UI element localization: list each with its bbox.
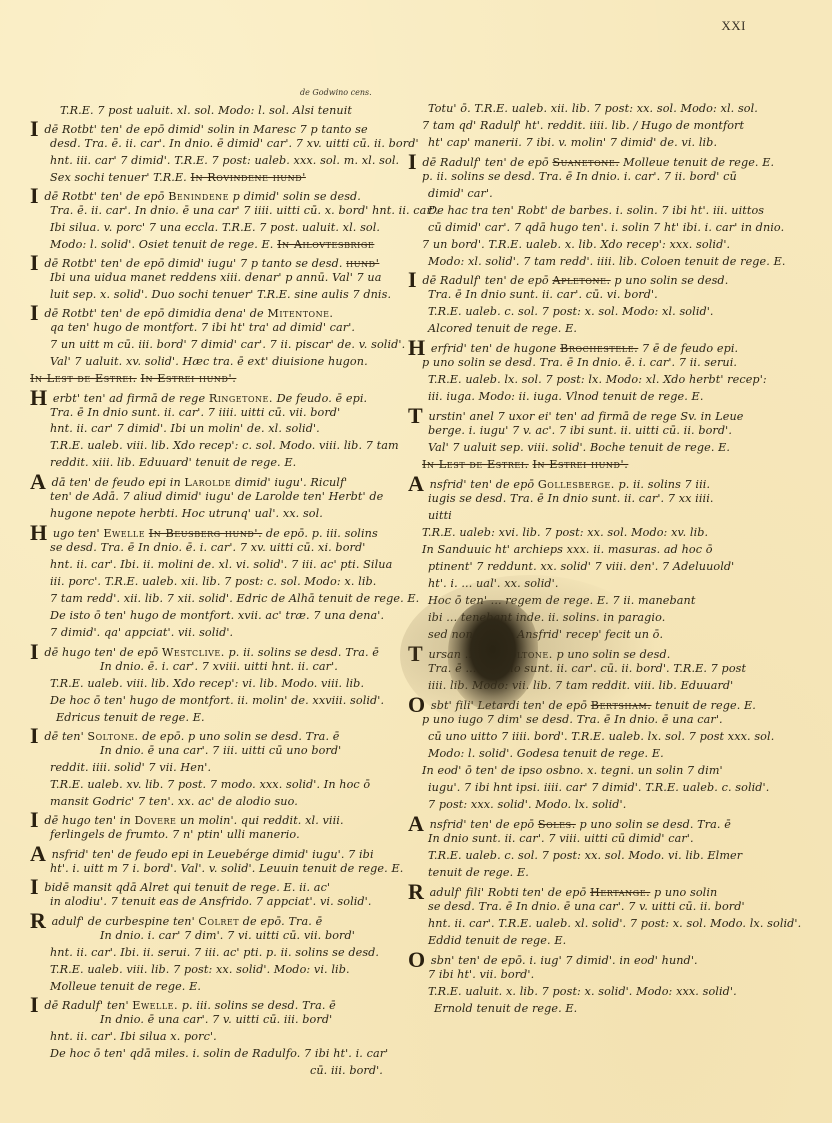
line-text: De isto ō ten' hugo de montfort. xvii. a… [50, 609, 384, 622]
line-text-continued: p uno solin se desd. [614, 274, 728, 287]
line-text: T.R.E. ualeb. c. sol. 7 post: x. sol. Mo… [428, 305, 714, 318]
line-text: reddit. xiii. lib. Eduuard' tenuit de re… [50, 456, 296, 469]
manuscript-line: Alcored tenuit de rege. E. [428, 322, 577, 336]
line-text: dē hugo ten' in [44, 814, 130, 827]
decorated-initial: H [408, 339, 425, 357]
manuscript-line: De hoc ō ten' qdā miles. i. solin de Rad… [50, 1047, 388, 1061]
manuscript-line: T.R.E. 7 post ualuit. xl. sol. Modo: l. … [60, 104, 352, 118]
line-text: se desd. Tra. ē In dnio. ē. i. car'. 7 x… [50, 541, 365, 554]
place-name: Gollesberge. [538, 478, 615, 491]
manuscript-line: T.R.E. ualeb. c. sol. 7 post: x. sol. Mo… [428, 305, 714, 319]
manuscript-line: p. ii. solins se desd. Tra. ē In dnio. i… [422, 170, 737, 184]
line-text: T.R.E. 7 post ualuit. xl. sol. Modo: l. … [60, 104, 352, 117]
line-text: p uno solin se desd. Tra. ē In dnio. ē. … [422, 356, 737, 369]
interlinear-note: de Godwino cens. [300, 88, 372, 97]
manuscript-line: In dnio. ē. i. car'. 7 xviii. uitti hnt.… [100, 660, 338, 674]
place-name: Larolde [184, 476, 231, 489]
decorated-initial: A [408, 815, 424, 833]
decorated-initial: I [30, 643, 39, 661]
line-text: hnt. ii. car'. Ibi silua x. porc'. [50, 1030, 217, 1043]
manuscript-line: 7 ibi ht'. vii. bord'. [428, 968, 534, 982]
line-text-continued: de epō. p. iii. solins [266, 527, 378, 540]
place-name: Benindene [168, 190, 229, 203]
manuscript-line: Eddid tenuit de rege. E. [428, 934, 566, 948]
line-text: T.R.E. ualeb. lx. sol. 7 post: lx. Modo:… [428, 373, 767, 386]
line-text-continued: p uno solin se desd. Tra. ē [580, 818, 731, 831]
manuscript-line: I dē Radulf' ten' de epō Apletone. p uno… [408, 271, 728, 289]
line-text: 7 post: xxx. solid'. Modo. lx. solid'. [428, 798, 626, 811]
line-text-continued: p uno solin [654, 886, 717, 899]
line-text: dē Radulf' ten' [44, 999, 128, 1012]
manuscript-line: p uno solin se desd. Tra. ē In dnio. ē. … [422, 356, 737, 370]
decorated-initial: I [30, 304, 39, 322]
rubric-heading: Suanetone. [552, 156, 619, 169]
manuscript-line: 7 post: xxx. solid'. Modo. lx. solid'. [428, 798, 626, 812]
line-text: In dnio sunt. ii. car'. 7 viii. uitti cū… [428, 832, 694, 845]
manuscript-line: se desd. Tra. ē In dnio. ē. i. car'. 7 x… [50, 541, 365, 555]
manuscript-line: H erfrid' ten' de hugone Brochestele. 7 … [408, 339, 738, 357]
manuscript-line: iugis se desd. Tra. ē In dnio sunt. ii. … [428, 492, 714, 506]
manuscript-line: iugu'. 7 ibi hnt ipsi. iiii. car' 7 dimi… [428, 781, 769, 795]
decorated-initial: H [30, 524, 47, 542]
manuscript-line: I dē Rotbt' ten' de epō dimid' iugu' 7 p… [30, 254, 379, 272]
line-text: In dnio. ē. i. car'. 7 xviii. uitti hnt.… [100, 660, 338, 673]
line-text: T.R.E. ualeb: xvi. lib. 7 post: xx. sol.… [422, 526, 708, 539]
line-text: hugone nepote herbti. Hoc utrunq' ual'. … [50, 507, 323, 520]
manuscript-line: reddit. xiii. lib. Eduuard' tenuit de re… [50, 456, 296, 470]
manuscript-line: ferlingels de frumto. 7 n' ptin' ulli ma… [50, 828, 300, 842]
manuscript-line: 7 tam redd'. xii. lib. 7 xii. solid'. Ed… [50, 592, 419, 606]
line-text: erfrid' ten' de hugone [431, 342, 556, 355]
manuscript-line: iii. porc'. T.R.E. ualeb. xii. lib. 7 po… [50, 575, 376, 589]
decorated-initial: I [30, 254, 39, 272]
decorated-initial: O [408, 951, 425, 969]
place-name: Westclive. [162, 646, 225, 659]
manuscript-line: Modo: xl. solid'. 7 tam redd'. iiii. lib… [428, 255, 786, 269]
manuscript-line: hnt. ii. car'. T.R.E. ualeb. xl. solid'.… [428, 917, 801, 931]
manuscript-line: cū dimid' car'. 7 qdā hugo ten'. i. soli… [428, 221, 784, 235]
line-text: iii. porc'. T.R.E. ualeb. xii. lib. 7 po… [50, 575, 376, 588]
line-text: iii. iuga. Modo: ii. iuga. Vlnod tenuit … [428, 390, 703, 403]
line-text: in alodiu'. 7 tenuit eas de Ansfrido. 7 … [50, 895, 372, 908]
manuscript-line: I bidē mansit qdā Alret qui tenuit de re… [30, 878, 330, 896]
line-text: In dnio. ē una car'. 7 v. uitti cū. iii.… [100, 1013, 332, 1026]
manuscript-line: ptinent' 7 reddunt. xx. solid' 7 viii. d… [428, 560, 734, 574]
line-text-continued: 7 ē de feudo epi. [642, 342, 738, 355]
manuscript-line: Val' 7 ualuit sep. viii. solid'. Boche t… [428, 441, 730, 455]
manuscript-line: qa ten' hugo de montfort. 7 ibi ht' tra'… [50, 321, 355, 335]
line-text-continued: p. iii. solins se desd. Tra. ē [182, 999, 336, 1012]
manuscript-line: berge. i. iugu' 7 v. ac'. 7 ibi sunt. ii… [428, 424, 732, 438]
line-text-continued: un molin'. qui reddit. xl. viii. [180, 814, 344, 827]
manuscript-line: ht' cap' manerii. 7 ibi. v. molin' 7 dim… [428, 136, 717, 150]
decorated-initial: I [408, 271, 417, 289]
line-text: adulf' de curbespine ten' [52, 915, 195, 928]
manuscript-line: T.R.E. ualeb: xvi. lib. 7 post: xx. sol.… [422, 526, 708, 540]
rubric-heading: In Rovindene hund' [191, 171, 306, 184]
line-text: Ibi una uidua manet reddens xiii. denar'… [50, 271, 382, 284]
rubric-heading: In Estrei hund'. [140, 372, 236, 385]
rubric-heading: Brochestele. [560, 342, 638, 355]
rubric-heading: In Ailovtesbrige [277, 238, 374, 251]
manuscript-line: 7 dimid'. qa' appciat'. vii. solid'. [50, 626, 233, 640]
line-text: reddit. iiii. solid' 7 vii. Hen'. [50, 761, 211, 774]
line-text-continued: de epō. Tra. ē [243, 915, 323, 928]
manuscript-line: hnt. iii. car' 7 dimid'. T.R.E. 7 post: … [50, 154, 399, 168]
manuscript-line: T.R.E. ualeb. viii. lib. Xdo recep': c. … [50, 439, 399, 453]
manuscript-line: Tra. ē. ii. car'. In dnio. ē una car' 7 … [50, 204, 439, 218]
manuscript-line: I dē hugo ten' de epō Westclive. p. ii. … [30, 643, 379, 661]
manuscript-line: se desd. Tra. ē In dnio. ē una car'. 7 v… [428, 900, 745, 914]
manuscript-line: De hac tra ten' Robt' de barbes. i. soli… [428, 204, 764, 218]
manuscript-line: R adulf' de curbespine ten' Colret de ep… [30, 912, 322, 930]
decorated-initial: I [30, 811, 39, 829]
line-text-continued: tenuit de rege. E. [655, 699, 756, 712]
line-text: Molleue tenuit de rege. E. [50, 980, 201, 993]
manuscript-line: Totu' ō. T.R.E. ualeb. xii. lib. 7 post:… [428, 102, 758, 116]
manuscript-line: hugone nepote herbti. Hoc utrunq' ual'. … [50, 507, 323, 521]
line-text: hnt. ii. car'. Ibi. ii. molini de. xl. v… [50, 558, 392, 571]
manuscript-line: cū. iii. bord'. [310, 1064, 383, 1078]
manuscript-line: reddit. iiii. solid' 7 vii. Hen'. [50, 761, 211, 775]
decorated-initial: I [408, 153, 417, 171]
manuscript-line: I dē Rotbt' ten' de epō dimidia dena' de… [30, 304, 334, 322]
line-text-continued: dimid' iugu'. Riculf' [235, 476, 347, 489]
manuscript-line: iii. iuga. Modo: ii. iuga. Vlnod tenuit … [428, 390, 703, 404]
manuscript-line: H erbt' ten' ad firmā de rege Ringetone.… [30, 389, 367, 407]
line-text: nsfrid' ten' de epō [430, 478, 535, 491]
line-text: 7 tam qd' Radulf' ht'. reddit. iiii. lib… [422, 119, 744, 132]
line-text: 7 ibi ht'. vii. bord'. [428, 968, 534, 981]
line-text: dē Radulf' ten' de epō [422, 274, 548, 287]
line-text: dē hugo ten' de epō [44, 646, 158, 659]
line-text: In Sanduuic ht' archieps xxx. ii. masura… [422, 543, 713, 556]
line-text: 7 tam redd'. xii. lib. 7 xii. solid'. Ed… [50, 592, 419, 605]
line-text: hnt. iii. car' 7 dimid'. T.R.E. 7 post: … [50, 154, 399, 167]
line-text: dē Rotbt' ten' de epō dimidia dena' de [44, 307, 263, 320]
line-text: In dnio. i. car' 7 dim'. 7 vi. uitti cū.… [100, 929, 355, 942]
manuscript-line: desd. Tra. ē. ii. car'. In dnio. ē dimid… [50, 137, 419, 151]
line-text: iugis se desd. Tra. ē In dnio sunt. ii. … [428, 492, 714, 505]
manuscript-line: In eod' ō ten' de ipso osbno. x. tegni. … [422, 764, 723, 778]
manuscript-line: cū uno uitto 7 iiii. bord'. T.R.E. ualeb… [428, 730, 774, 744]
line-text-continued: p. ii. solins 7 iii. [618, 478, 710, 491]
line-text: ptinent' 7 reddunt. xx. solid' 7 viii. d… [428, 560, 734, 573]
manuscript-line: De hoc ō ten' hugo de montfort. ii. moli… [50, 694, 384, 708]
manuscript-line: In Lest de Estrei. In Estrei hund'. [30, 372, 236, 386]
line-text: ht' cap' manerii. 7 ibi. v. molin' 7 dim… [428, 136, 717, 149]
line-text: qa ten' hugo de montfort. 7 ibi ht' tra'… [50, 321, 355, 334]
line-text: dē Radulf' ten' de epō [422, 156, 548, 169]
place-name: Colret [198, 915, 239, 928]
line-text: nsfrid' ten' de feudo epi in Leuebérge d… [52, 848, 374, 861]
decorated-initial: R [408, 883, 424, 901]
manuscript-line: T.R.E. ualeb. xv. lib. 7 post. 7 modo. x… [50, 778, 370, 792]
line-text: dē Rotbt' ten' de epō [44, 190, 164, 203]
manuscript-line: T.R.E. ualeb. lx. sol. 7 post: lx. Modo:… [428, 373, 767, 387]
manuscript-line: R adulf' fili' Robti ten' de epō Hertang… [408, 883, 717, 901]
line-text: Eddid tenuit de rege. E. [428, 934, 566, 947]
manuscript-line: I dē ten' Soltone. de epō. p uno solin s… [30, 727, 339, 745]
line-text: 7 dimid'. qa' appciat'. vii. solid'. [50, 626, 233, 639]
manuscript-line: Molleue tenuit de rege. E. [50, 980, 201, 994]
manuscript-line: luit sep. x. solid'. Duo sochi tenuer' T… [50, 288, 391, 302]
manuscript-line: In dnio sunt. ii. car'. 7 viii. uitti cū… [428, 832, 694, 846]
place-name: Soltone. [87, 730, 138, 743]
line-text-continued: p dimid' solin se desd. [233, 190, 361, 203]
place-name: Dovere [134, 814, 176, 827]
manuscript-line: ht'. i. uitt m 7 i. bord'. Val'. v. soli… [50, 862, 403, 876]
line-text: dimid' car'. [428, 187, 493, 200]
manuscript-line: tenuit de rege. E. [428, 866, 529, 880]
line-text: Ibi silua. v. porc' 7 una eccla. T.R.E. … [50, 221, 380, 234]
manuscript-line: A nsfrid' ten' de epō Gollesberge. p. ii… [408, 475, 710, 493]
line-text: nsfrid' ten' de epō [430, 818, 535, 831]
manuscript-line: hnt. ii. car' 7 dimid'. Ibi un molin' de… [50, 422, 320, 436]
rubric-heading: In Beusberg hund'. [149, 527, 263, 540]
line-text: berge. i. iugu' 7 v. ac'. 7 ibi sunt. ii… [428, 424, 732, 437]
line-text: hnt. ii. car' 7 dimid'. Ibi un molin' de… [50, 422, 320, 435]
line-text: T.R.E. ualeb. viii. lib. 7 post: xx. sol… [50, 963, 350, 976]
decorated-initial: R [30, 912, 46, 930]
line-text-continued: p. ii. solins se desd. Tra. ē [229, 646, 380, 659]
line-text: cū. iii. bord'. [310, 1064, 383, 1077]
decorated-initial: A [30, 473, 46, 491]
manuscript-line: Tra. ē In dnio sunt. ii. car'. cū. vi. b… [428, 288, 658, 302]
decorated-initial: A [30, 845, 46, 863]
line-text: ten' de Adā. 7 aliud dimid' iugu' de Lar… [50, 490, 383, 503]
manuscript-line: T.R.E. ualeb. viii. lib. Xdo recep': vi.… [50, 677, 364, 691]
line-text: 7 un bord'. T.R.E. ualeb. x. lib. Xdo re… [422, 238, 730, 251]
manuscript-line: mansit Godric' 7 ten'. xx. ac' de alodio… [50, 795, 298, 809]
line-text: hnt. ii. car'. Ibi. ii. serui. 7 iii. ac… [50, 946, 379, 959]
decorated-initial: I [30, 120, 39, 138]
decorated-initial: T [408, 407, 423, 425]
line-text-continued: de epō. p uno solin se desd. Tra. ē [142, 730, 339, 743]
line-text: Tra. ē In dnio sunt. ii. car'. cū. vi. b… [428, 288, 658, 301]
line-text-continued: Molleue tenuit de rege. E. [623, 156, 774, 169]
line-text: T.R.E. ualeb. viii. lib. Xdo recep': vi.… [50, 677, 364, 690]
manuscript-line: T urstin' anel 7 uxor ei' ten' ad firmā … [408, 407, 744, 425]
line-text: cū uno uitto 7 iiii. bord'. T.R.E. ualeb… [428, 730, 774, 743]
line-text: hnt. ii. car'. T.R.E. ualeb. xl. solid'.… [428, 917, 801, 930]
rubric-heading: In Lest de Estrei. [30, 372, 137, 385]
place-name: Mitentone. [267, 307, 333, 320]
manuscript-line: In dnio. ē una car'. 7 v. uitti cū. iii.… [100, 1013, 332, 1027]
line-text: iugu'. 7 ibi hnt ipsi. iiii. car' 7 dimi… [428, 781, 769, 794]
manuscript-line: ten' de Adā. 7 aliud dimid' iugu' de Lar… [50, 490, 383, 504]
manuscript-line: In Lest de Estrei. In Estrei hund'. [422, 458, 628, 472]
line-text: dē Rotbt' ten' de epō dimid' solin in Ma… [44, 123, 367, 136]
manuscript-line: In dnio. ē una car'. 7 iii. uitti cū uno… [100, 744, 341, 758]
rubric-heading: In Lest de Estrei. [422, 458, 529, 471]
manuscript-line: 7 tam qd' Radulf' ht'. reddit. iiii. lib… [422, 119, 744, 133]
manuscript-page: XXI de Godwino cens. T.R.E. 7 post ualui… [0, 0, 832, 1123]
manuscript-line: A nsfrid' ten' de epō Soles. p uno solin… [408, 815, 731, 833]
line-text: Tra. ē. ii. car'. In dnio. ē una car' 7 … [50, 204, 439, 217]
line-text: T.R.E. ualeb. xv. lib. 7 post. 7 modo. x… [50, 778, 370, 791]
manuscript-line: T.R.E. ualuit. x. lib. 7 post: x. solid'… [428, 985, 737, 999]
manuscript-line: I dē Rotbt' ten' de epō Benindene p dimi… [30, 187, 361, 205]
manuscript-line: 7 un bord'. T.R.E. ualeb. x. lib. Xdo re… [422, 238, 730, 252]
line-text: Val' 7 ualuit sep. viii. solid'. Boche t… [428, 441, 730, 454]
decorated-initial: I [30, 996, 39, 1014]
manuscript-line: Modo: l. solid'. Osiet tenuit de rege. E… [50, 238, 374, 252]
line-text: In dnio. ē una car'. 7 iii. uitti cū uno… [100, 744, 341, 757]
line-text: Ernold tenuit de rege. E. [434, 1002, 577, 1015]
line-text: Modo: l. solid'. Godesa tenuit de rege. … [428, 747, 664, 760]
place-name: Ewelle [103, 527, 145, 540]
line-text: luit sep. x. solid'. Duo sochi tenuer' T… [50, 288, 391, 301]
manuscript-line: I dē Rotbt' ten' de epō dimid' solin in … [30, 120, 368, 138]
place-name: Ewelle. [132, 999, 178, 1012]
decorated-initial: H [30, 389, 47, 407]
line-text: dē ten' [44, 730, 83, 743]
rubric-heading: Apletone. [552, 274, 610, 287]
manuscript-line: In Sanduuic ht' archieps xxx. ii. masura… [422, 543, 713, 557]
line-text: Modo: xl. solid'. 7 tam redd'. iiii. lib… [428, 255, 786, 268]
decorated-initial: I [30, 878, 39, 896]
manuscript-line: A dā ten' de feudo epi in Larolde dimid'… [30, 473, 347, 491]
line-text: bidē mansit qdā Alret qui tenuit de rege… [44, 881, 330, 894]
line-text: T.R.E. ualeb. c. sol. 7 post: xx. sol. M… [428, 849, 742, 862]
line-text: desd. Tra. ē. ii. car'. In dnio. ē dimid… [50, 137, 419, 150]
manuscript-line: Val' 7 ualuit. xv. solid'. Hæc tra. ē ex… [50, 355, 368, 369]
line-text: dā ten' de feudo epi in [52, 476, 181, 489]
line-text: Tra. ē In dnio sunt. ii. car'. 7 iiii. u… [50, 406, 340, 419]
line-text: se desd. Tra. ē In dnio. ē una car'. 7 v… [428, 900, 745, 913]
line-text: Sex sochi tenuer' T.R.E. [50, 171, 187, 184]
line-text: mansit Godric' 7 ten'. xx. ac' de alodio… [50, 795, 298, 808]
line-text: ht'. i. uitt m 7 i. bord'. Val'. v. soli… [50, 862, 403, 875]
line-text: De hoc ō ten' hugo de montfort. ii. moli… [50, 694, 384, 707]
line-text: cū dimid' car'. 7 qdā hugo ten'. i. soli… [428, 221, 784, 234]
line-text: ugo ten' [53, 527, 100, 540]
line-text: sbn' ten' de epō. i. iug' 7 dimid'. in e… [431, 954, 698, 967]
manuscript-line: I dē Radulf' ten' Ewelle. p. iii. solins… [30, 996, 336, 1014]
decorated-initial: I [30, 727, 39, 745]
line-text: De hac tra ten' Robt' de barbes. i. soli… [428, 204, 764, 217]
rubric-heading: In Estrei hund'. [532, 458, 628, 471]
rubric-heading: hund' [346, 257, 379, 270]
line-text: 7 un uitt m cū. iii. bord' 7 dimid' car'… [50, 338, 405, 351]
manuscript-line: T.R.E. ualeb. c. sol. 7 post: xx. sol. M… [428, 849, 742, 863]
manuscript-line: I dē Radulf' ten' de epō Suanetone. Moll… [408, 153, 774, 171]
decorated-initial: I [30, 187, 39, 205]
manuscript-line: De isto ō ten' hugo de montfort. xvii. a… [50, 609, 384, 623]
manuscript-line: Ibi silua. v. porc' 7 una eccla. T.R.E. … [50, 221, 380, 235]
line-text: In eod' ō ten' de ipso osbno. x. tegni. … [422, 764, 723, 777]
manuscript-line: In dnio. i. car' 7 dim'. 7 vi. uitti cū.… [100, 929, 355, 943]
manuscript-line: hnt. ii. car'. Ibi. ii. molini de. xl. v… [50, 558, 392, 572]
manuscript-line: I dē hugo ten' in Dovere un molin'. qui … [30, 811, 344, 829]
line-text: T.R.E. ualeb. viii. lib. Xdo recep': c. … [50, 439, 399, 452]
manuscript-line: Ernold tenuit de rege. E. [434, 1002, 577, 1016]
line-text: De hoc ō ten' qdā miles. i. solin de Rad… [50, 1047, 388, 1060]
line-text: erbt' ten' ad firmā de rege [53, 392, 205, 405]
line-text: Modo: l. solid'. Osiet tenuit de rege. E… [50, 238, 273, 251]
manuscript-line: 7 un uitt m cū. iii. bord' 7 dimid' car'… [50, 338, 405, 352]
manuscript-line: Tra. ē In dnio sunt. ii. car'. 7 iiii. u… [50, 406, 340, 420]
place-name: Ringetone. [209, 392, 273, 405]
line-text: Totu' ō. T.R.E. ualeb. xii. lib. 7 post:… [428, 102, 758, 115]
manuscript-line: Ibi una uidua manet reddens xiii. denar'… [50, 271, 382, 285]
manuscript-line: A nsfrid' ten' de feudo epi in Leuebérge… [30, 845, 374, 863]
line-text: ferlingels de frumto. 7 n' ptin' ulli ma… [50, 828, 300, 841]
manuscript-line: Edricus tenuit de rege. E. [56, 711, 205, 725]
line-text: uitti [428, 509, 452, 522]
manuscript-line: in alodiu'. 7 tenuit eas de Ansfrido. 7 … [50, 895, 372, 909]
line-text: urstin' anel 7 uxor ei' ten' ad firmā de… [428, 410, 743, 423]
line-text-continued: De feudo. ē epi. [277, 392, 368, 405]
manuscript-line: H ugo ten' Ewelle In Beusberg hund'. de … [30, 524, 378, 542]
line-text: p. ii. solins se desd. Tra. ē In dnio. i… [422, 170, 737, 183]
line-text: adulf' fili' Robti ten' de epō [430, 886, 587, 899]
folio-number: XXI [721, 18, 746, 34]
manuscript-line: Modo: l. solid'. Godesa tenuit de rege. … [428, 747, 664, 761]
manuscript-line: Sex sochi tenuer' T.R.E. In Rovindene hu… [50, 171, 306, 185]
line-text: dē Rotbt' ten' de epō dimid' iugu' 7 p t… [44, 257, 342, 270]
manuscript-line: hnt. ii. car'. Ibi silua x. porc'. [50, 1030, 217, 1044]
manuscript-line: hnt. ii. car'. Ibi. ii. serui. 7 iii. ac… [50, 946, 379, 960]
manuscript-line: O sbn' ten' de epō. i. iug' 7 dimid'. in… [408, 951, 698, 969]
line-text: tenuit de rege. E. [428, 866, 529, 879]
manuscript-line: T.R.E. ualeb. viii. lib. 7 post: xx. sol… [50, 963, 350, 977]
line-text: Val' 7 ualuit. xv. solid'. Hæc tra. ē ex… [50, 355, 368, 368]
line-text: Alcored tenuit de rege. E. [428, 322, 577, 335]
line-text: Edricus tenuit de rege. E. [56, 711, 205, 724]
manuscript-line: uitti [428, 509, 452, 523]
line-text: T.R.E. ualuit. x. lib. 7 post: x. solid'… [428, 985, 737, 998]
rubric-heading: Hertange. [590, 886, 650, 899]
rubric-heading: Soles. [538, 818, 576, 831]
manuscript-line: dimid' car'. [428, 187, 493, 201]
decorated-initial: A [408, 475, 424, 493]
